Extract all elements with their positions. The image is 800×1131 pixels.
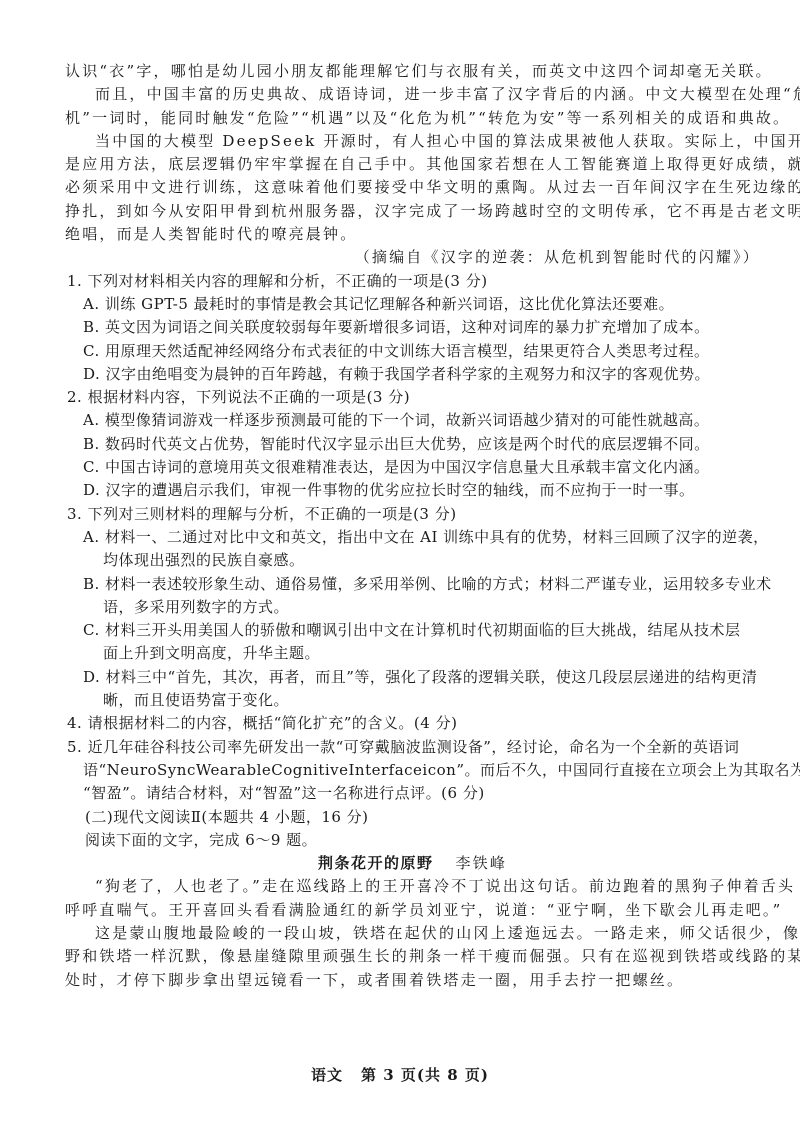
question-2-option-d: D. 汉字的遭遇启示我们，审视一件事物的优劣应拉长时空的轴线，而不应拘于一时一事… [65, 479, 760, 502]
question-1-option-c: C. 用原理天然适配神经网络分布式表征的中文训练大语言模型，结果更符合人类思考过… [65, 340, 760, 363]
passage-line: 认识“衣”字，哪怕是幼儿园小朋友都能理解它们与衣服有关，而英文中这四个词却毫无关… [65, 60, 760, 83]
question-3-stem: 3. 下列对三则材料的理解与分析，不正确的一项是(3 分) [65, 503, 760, 526]
passage-line: 必须采用中文进行训练，这意味着他们要接受中华文明的熏陶。从过去一百年间汉字在生死… [65, 176, 760, 199]
question-3-option-b: B. 材料一表述较形象生动、通俗易懂，多采用举例、比喻的方式；材料二严谨专业，运… [65, 573, 760, 596]
story-author: 李铁峰 [455, 854, 507, 872]
story-title-row: 荆条花开的原野李铁峰 [65, 852, 760, 875]
section-instruction: 阅读下面的文字，完成 6～9 题。 [65, 829, 760, 852]
question-5-stem-cont: “智盈”。请结合材料，对“智盈”这一名称进行点评。(6 分) [65, 782, 760, 805]
exam-page: 认识“衣”字，哪怕是幼儿园小朋友都能理解它们与衣服有关，而英文中这四个词却毫无关… [65, 60, 760, 992]
question-4-stem: 4. 请根据材料二的内容，概括“简化扩充”的含义。(4 分) [65, 712, 760, 735]
passage-line: 当中国的大模型 DeepSeek 开源时，有人担心中国的算法成果被他人获取。实际… [65, 130, 760, 153]
question-1-option-a: A. 训练 GPT-5 最耗时的事情是教会其记忆理解各种新兴词语，这比优化算法还… [65, 293, 760, 316]
question-5-stem-cont: 语“NeuroSyncWearableCognitiveInterfaceico… [65, 759, 760, 782]
story-line: 处时，才停下脚步拿出望远镜看一下，或者围着铁塔走一圈，用手去拧一把螺丝。 [65, 969, 760, 992]
question-2-stem: 2. 根据材料内容，下列说法不正确的一项是(3 分) [65, 386, 760, 409]
story-line: 野和铁塔一样沉默，像悬崖缝隙里顽强生长的荆条一样干瘦而倔强。只有在巡视到铁塔或线… [65, 945, 760, 968]
story-line: 这是蒙山腹地最险峻的一段山坡，铁塔在起伏的山冈上逶迤远去。一路走来，师父话很少，… [65, 922, 760, 945]
question-3-option-c-cont: 面上升到文明高度，升华主题。 [65, 642, 760, 665]
question-1-option-d: D. 汉字由绝唱变为晨钟的百年跨越，有赖于我国学者科学家的主观努力和汉字的客观优… [65, 363, 760, 386]
question-3-option-b-cont: 语，多采用列数字的方式。 [65, 596, 760, 619]
footer-page-number: 第 3 页(共 8 页) [361, 1066, 489, 1084]
question-1-stem: 1. 下列对材料相关内容的理解和分析，不正确的一项是(3 分) [65, 270, 760, 293]
footer-subject: 语文 [311, 1066, 343, 1084]
story-title: 荆条花开的原野 [318, 854, 434, 872]
question-2-option-b: B. 数码时代英文占优势，智能时代汉字显示出巨大优势，应该是两个时代的底层逻辑不… [65, 433, 760, 456]
question-2-option-a: A. 模型像猜词游戏一样逐步预测最可能的下一个词，故新兴词语越少猜对的可能性就越… [65, 409, 760, 432]
story-line: 呼呼直喘气。王开喜回头看看满脸通红的新学员刘亚宁，说道：“亚宁啊，坐下歇会儿再走… [65, 899, 760, 922]
passage-line: 挣扎，到如今从安阳甲骨到杭州服务器，汉字完成了一场跨越时空的文明传承，它不再是古… [65, 200, 760, 223]
question-3-option-a: A. 材料一、二通过对比中文和英文，指出中文在 AI 训练中具有的优势，材料三回… [65, 526, 760, 549]
story-line: “狗老了，人也老了。”走在巡线路上的王开喜冷不丁说出这句话。前边跑着的黑狗子伸着… [65, 875, 760, 898]
question-3-option-a-cont: 均体现出强烈的民族自豪感。 [65, 549, 760, 572]
question-5-stem: 5. 近几年硅谷科技公司率先研发出一款“可穿戴脑波监测设备”，经讨论，命名为一个… [65, 736, 760, 759]
question-2-option-c: C. 中国古诗词的意境用英文很难精准表达，是因为中国汉字信息量大且承载丰富文化内… [65, 456, 760, 479]
section-heading: (二)现代文阅读Ⅱ(本题共 4 小题，16 分) [65, 806, 760, 829]
passage-line: 机”一词时，能同时触发“危险”“机遇”以及“化危为机”“转危为安”等一系列相关的… [65, 107, 760, 130]
passage-line: 绝唱，而是人类智能时代的嘹亮晨钟。 [65, 223, 760, 246]
question-1-option-b: B. 英文因为词语之间关联度较弱每年要新增很多词语，这种对词库的暴力扩充增加了成… [65, 316, 760, 339]
question-3-option-c: C. 材料三开头用美国人的骄傲和嘲讽引出中文在计算机时代初期面临的巨大挑战，结尾… [65, 619, 760, 642]
passage-line: 是应用方法，底层逻辑仍牢牢掌握在自己手中。其他国家若想在人工智能赛道上取得更好成… [65, 153, 760, 176]
passage-source: （摘编自《汉字的逆袭：从危机到智能时代的闪耀》） [65, 246, 760, 269]
passage-line: 而且，中国丰富的历史典故、成语诗词，进一步丰富了汉字背后的内涵。中文大模型在处理… [65, 83, 760, 106]
question-3-option-d: D. 材料三中“首先，其次，再者，而且”等，强化了段落的逻辑关联，使这几段层层递… [65, 666, 760, 689]
page-footer: 语文第 3 页(共 8 页) [0, 1064, 800, 1085]
question-3-option-d-cont: 晰，而且使语势富于变化。 [65, 689, 760, 712]
